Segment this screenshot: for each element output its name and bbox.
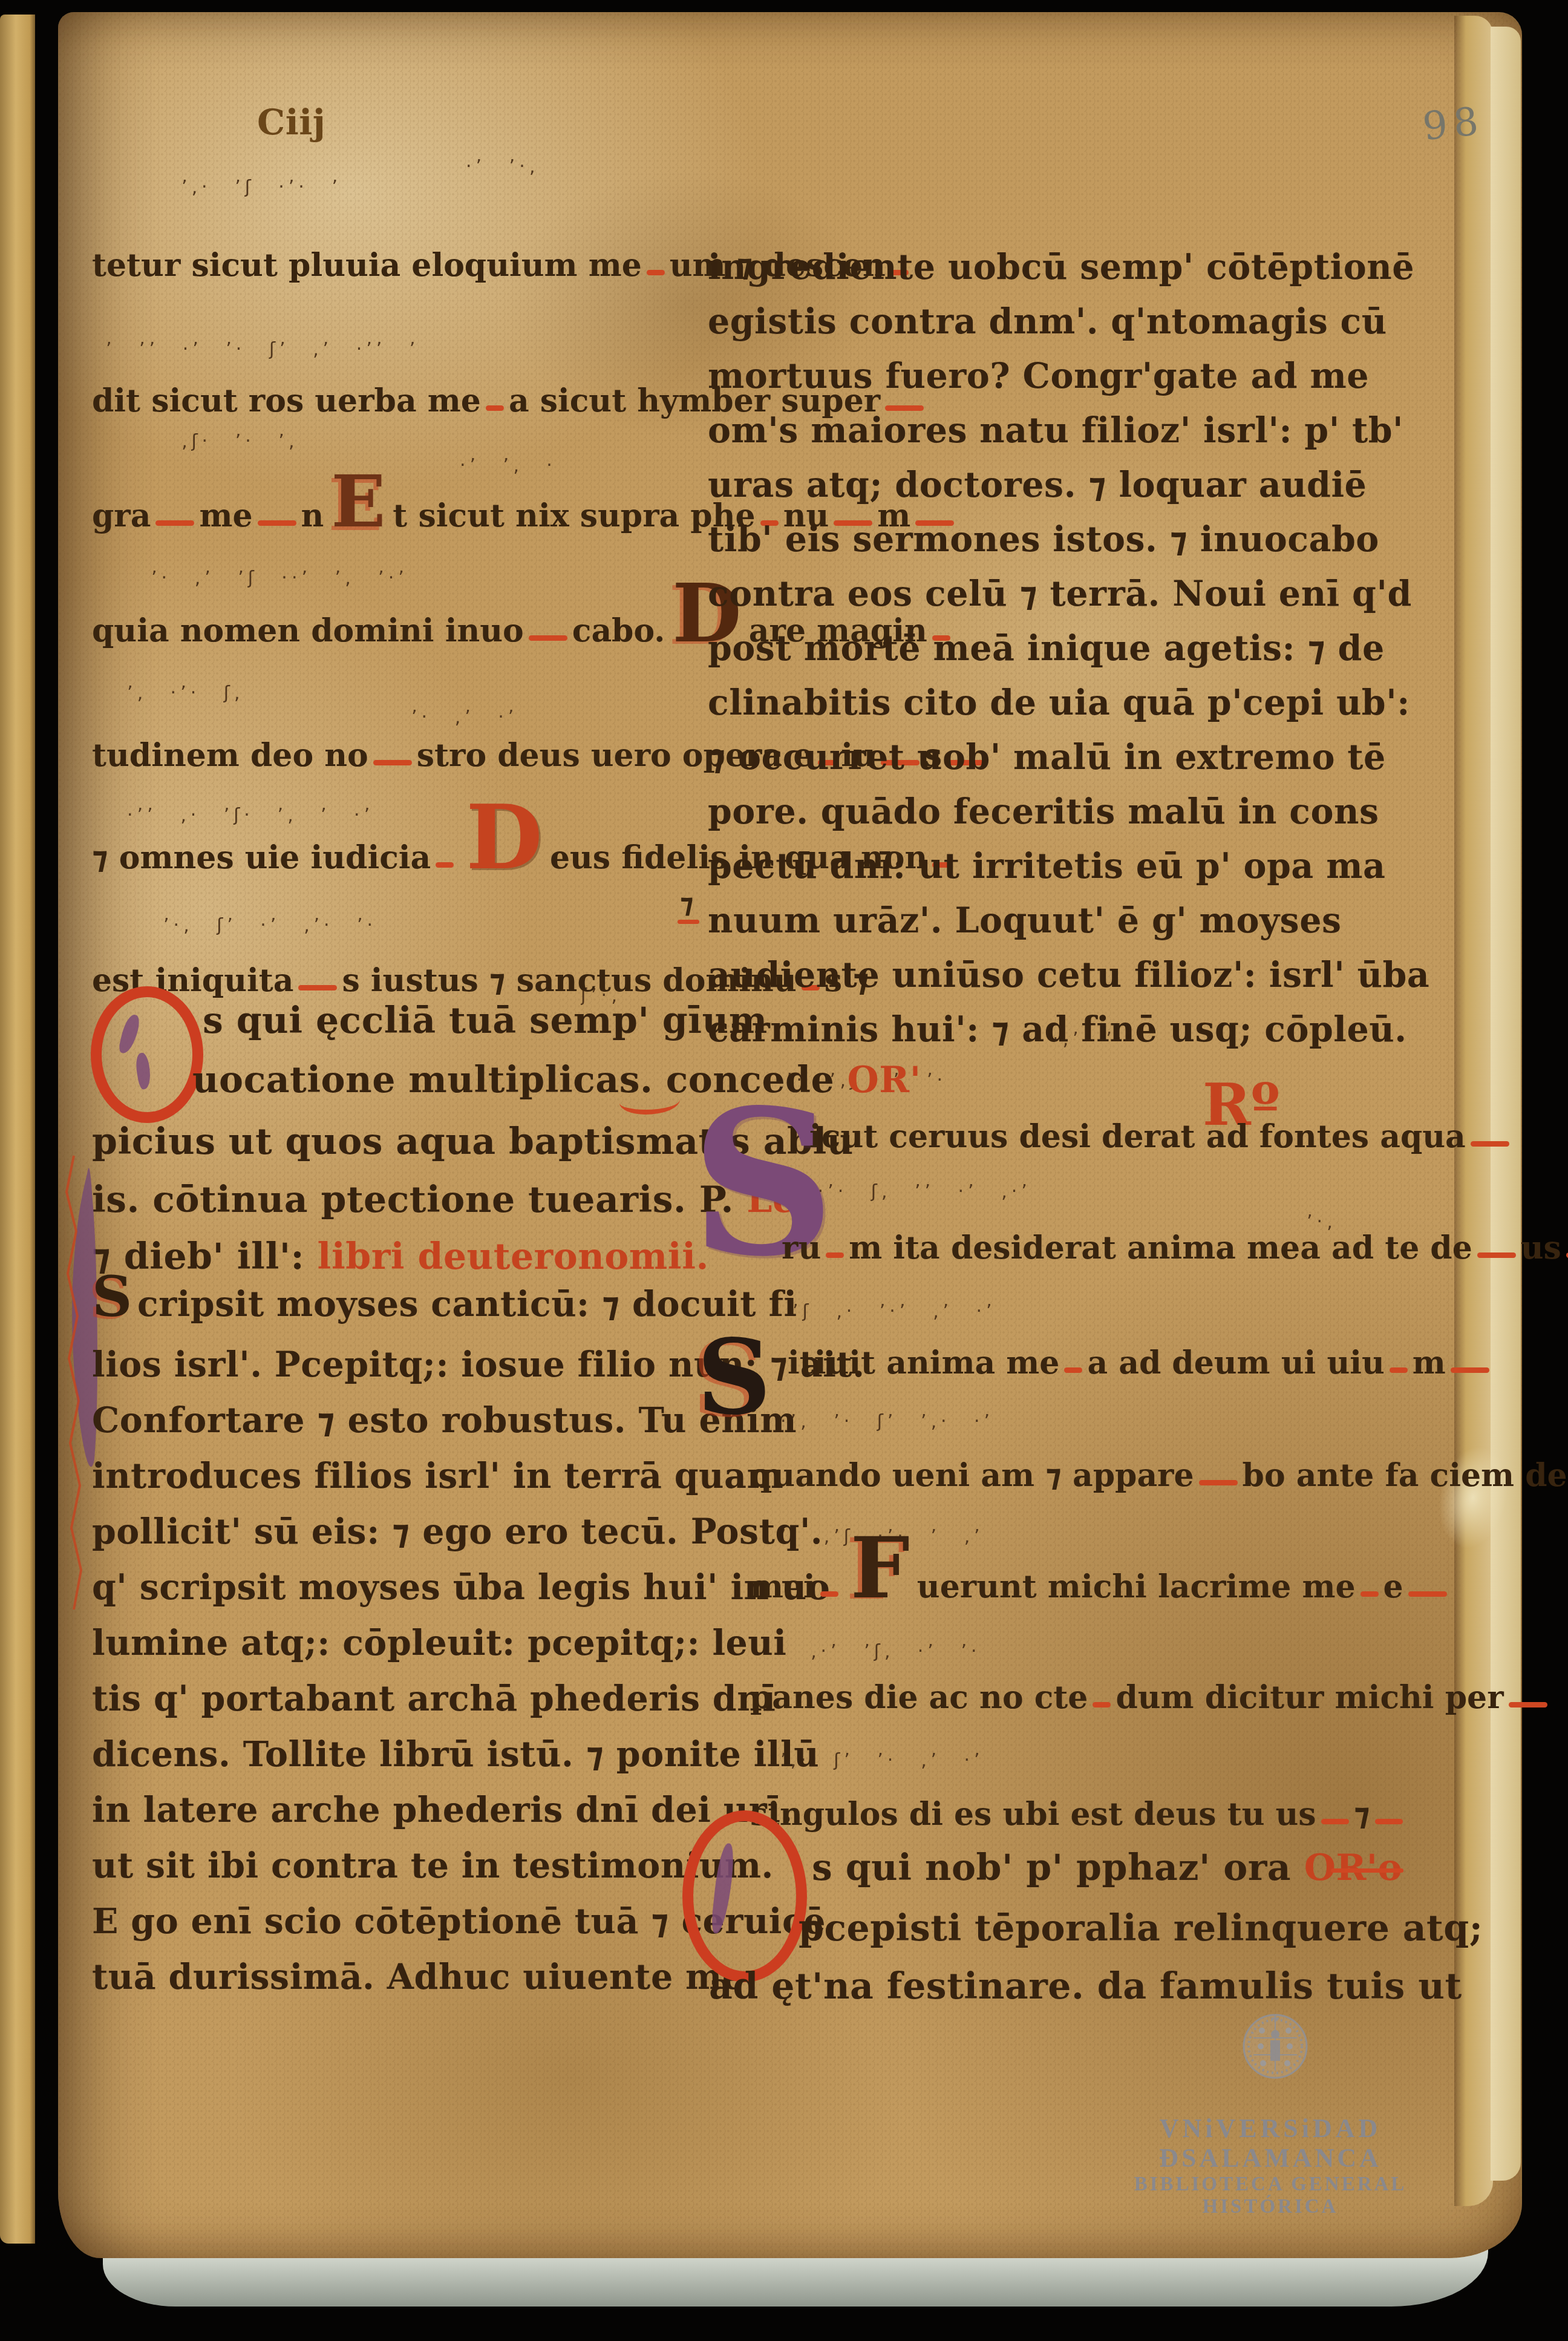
body-text-line: contra eos celū ⁊ terrā. Noui enī q'd bbox=[708, 574, 1412, 614]
rubric-line: ⁊ dieb' ill': libri deuteronomii. bbox=[92, 1236, 709, 1278]
rubric-mark: OR'o bbox=[1304, 1847, 1403, 1889]
lesson-line: ut sit ibi contra te in testimonium. bbox=[92, 1845, 774, 1886]
purple-pen-stroke bbox=[710, 1842, 736, 1934]
neume-band: ‚·’ ’ʃ‚ ·’ ’· bbox=[811, 1641, 1385, 1662]
chant-line: itiuit anima me a ad deum ui uiu m bbox=[788, 1344, 1408, 1381]
body-text-line: pectū dnī: ut irritetis eū p' opa ma bbox=[708, 846, 1385, 886]
chant-text: e bbox=[1383, 1568, 1403, 1605]
lesson-line: lumine atq;: cōpleuit: pcepitq;: leui bbox=[92, 1623, 786, 1663]
body-text-line: uras atq; doctores. ⁊ loquar audiē bbox=[708, 465, 1367, 505]
neume-band: ·’ ’·‚ bbox=[466, 156, 635, 177]
purple-pen-stroke bbox=[134, 1052, 153, 1090]
margin-flourish bbox=[56, 1150, 110, 1628]
neume-band: ’‚· ʃ’ ’· ‚’ ·’ bbox=[780, 1750, 1397, 1771]
lesson-line: Confortare ⁊ esto robustus. Tu enim bbox=[92, 1400, 797, 1441]
initial-S-black: S bbox=[697, 1326, 771, 1429]
chant-line: gra me n E t sicut nix supra phe nu m bbox=[92, 497, 676, 534]
chant-text: m bbox=[1413, 1344, 1446, 1381]
chant-text: ru bbox=[782, 1229, 821, 1266]
book-title-rubric: libri deuteronomii. bbox=[318, 1236, 709, 1278]
lesson-line: tuā durissimā. Adhuc uiuente me bbox=[92, 1957, 745, 1997]
red-filler-line bbox=[258, 520, 296, 526]
prayer-line: ad ęt'na festinare. da famulis tuis ut bbox=[709, 1965, 1462, 2008]
chant-text: ⁊ bbox=[1354, 1796, 1370, 1833]
red-filler-line bbox=[1390, 1367, 1408, 1373]
neume-band: ’‚· ’ʃ ·’· ’ bbox=[181, 177, 436, 198]
lesson-line: pollicit' sū eis: ⁊ ego ero tecū. Postq'… bbox=[92, 1511, 823, 1552]
red-filler-line bbox=[647, 270, 665, 275]
lesson-line: in latere arche phederis dnī dei urī. bbox=[92, 1790, 793, 1830]
margin-correction-mark: ⁊ bbox=[680, 888, 694, 919]
red-filler-line bbox=[155, 520, 194, 526]
university-seal-icon bbox=[1241, 2012, 1309, 2080]
chant-text: panes die ac no cte bbox=[750, 1679, 1088, 1716]
rubric-mark: OR' bbox=[848, 1059, 921, 1101]
red-filler-line bbox=[1361, 1591, 1379, 1597]
neume-band: ’‚ ·’· ʃ‚ bbox=[127, 683, 369, 704]
chant-text: cabo. bbox=[572, 612, 665, 649]
red-filler-line bbox=[1408, 1591, 1447, 1597]
red-margin-dash bbox=[678, 920, 699, 924]
neume-band: ’ʃ ‚· ’·’ ‚’ ·’ bbox=[792, 1301, 1361, 1322]
chant-text: m ita desiderat anima mea ad te de bbox=[849, 1229, 1472, 1266]
stamp-library-name: BIBLIOTECA GENERAL HISTÓRICA bbox=[1101, 2173, 1440, 2218]
chant-text: tudinem deo no bbox=[92, 737, 368, 774]
purple-pen-stroke bbox=[117, 1013, 141, 1055]
chant-text: singulos di es ubi est deus tu us bbox=[750, 1796, 1316, 1833]
manuscript-photo: Ciij 98 ’‚· ’ʃ ·’· ’ ·’ ’·‚ ’ ’’ ·’ ’· ʃ… bbox=[0, 0, 1568, 2341]
neume-band: ‚’ ·’· ʃ‚ ’’ ·’ ‚·’ bbox=[774, 1181, 1391, 1202]
prayer-line: s qui ęccliā tuā semp' gīum bbox=[203, 1000, 768, 1042]
chant-text: dum dicitur michi per bbox=[1116, 1679, 1503, 1716]
lesson-line: dicens. Tollite librū istū. ⁊ ponite ill… bbox=[92, 1734, 819, 1775]
chant-text: n bbox=[301, 497, 324, 534]
initial-S: S bbox=[92, 1264, 132, 1329]
quire-mark: Ciij bbox=[257, 102, 325, 143]
neume-band: ’·‚ ʃ’ ·’ ‚’· ’· bbox=[163, 915, 641, 936]
chant-text: tetur sicut pluuia eloquium me bbox=[92, 247, 642, 284]
chant-line: singulos di es ubi est deus tu us ⁊ bbox=[750, 1796, 1408, 1833]
chant-text: ⁊ omnes uie iudicia bbox=[92, 839, 431, 876]
chant-line: panes die ac no cte dum dicitur michi pe… bbox=[750, 1679, 1408, 1716]
prayer-text: is. cōtinua ptectione tuearis. P. bbox=[92, 1179, 734, 1221]
body-text-line: ingrediente uobcū semp' cōtēptionē bbox=[708, 247, 1414, 287]
red-filler-line bbox=[373, 760, 412, 765]
chant-line: dit sicut ros uerba me a sicut hymber su… bbox=[92, 382, 676, 419]
red-filler-line bbox=[1331, 1868, 1403, 1873]
red-filler-line bbox=[1509, 1702, 1547, 1707]
red-filler-line bbox=[820, 1591, 838, 1597]
chant-text: quando ueni am ⁊ appare bbox=[750, 1457, 1194, 1494]
body-text-line: ⁊ occurret uob' malū in extremo tē bbox=[708, 737, 1386, 778]
neume-band: ’· ‚’ ’ʃ ··’ ’‚ ’·’ bbox=[151, 568, 653, 589]
lesson-line: tis q' portabant archā phederis dnī bbox=[92, 1678, 776, 1719]
chant-line: ru m ita desiderat anima mea ad te de us bbox=[782, 1229, 1408, 1266]
body-text-line: post mortē meā inique agetis: ⁊ de bbox=[708, 628, 1385, 669]
red-filler-line bbox=[1199, 1480, 1238, 1485]
stamp-university-name: VNiVERSiDAD bbox=[1131, 2113, 1410, 2144]
stamp-city-name: ĐSALAMANCA bbox=[1131, 2143, 1410, 2173]
neume-band: ’· ‚’ ·’ bbox=[411, 707, 653, 728]
chant-line: quia nomen domini inuo cabo. D are magin bbox=[92, 612, 676, 649]
body-text-line: egistis contra dnm'. q'ntomagis cū bbox=[708, 301, 1387, 342]
chant-text: mei bbox=[750, 1568, 815, 1605]
red-filler-line bbox=[298, 985, 337, 990]
body-text-line: pore. quādo feceritis malū in cons bbox=[708, 791, 1379, 832]
chant-text: bo ante fa ciem dei bbox=[1243, 1457, 1568, 1494]
body-text-line: nuum urāz'. Loquut' ē g' moyses bbox=[708, 900, 1342, 941]
chant-text: a ad deum ui uiu bbox=[1087, 1344, 1384, 1381]
body-text-line: audiente uniūso cetu filioz': isrl' ūba bbox=[708, 955, 1429, 995]
chant-line: tudinem deo no stro deus uero opera e iu… bbox=[92, 737, 676, 774]
red-filler-line bbox=[1477, 1252, 1516, 1258]
red-filler-line bbox=[486, 405, 504, 411]
chant-text: gra bbox=[92, 497, 151, 534]
chant-text: quia nomen domini inuo bbox=[92, 612, 524, 649]
red-filler-line bbox=[529, 635, 567, 641]
prayer-text: s qui nob' p' pphaz' ora bbox=[812, 1847, 1291, 1889]
body-text-line: clinabitis cito de uia quā p'cepi ub': bbox=[708, 683, 1410, 723]
chant-text: us bbox=[1521, 1229, 1561, 1266]
red-filler-line bbox=[1375, 1819, 1403, 1824]
red-filler-line bbox=[1471, 1141, 1509, 1147]
chant-text: t sicut nix supra phe bbox=[393, 497, 755, 534]
initial-D-ring bbox=[91, 986, 203, 1123]
folio-number: 98 bbox=[1420, 99, 1486, 149]
chant-line: mei F uerunt michi lacrime me e bbox=[750, 1568, 1408, 1605]
chant-line: quando ueni am ⁊ appare bo ante fa ciem … bbox=[750, 1457, 1408, 1494]
red-filler-line bbox=[1321, 1819, 1349, 1824]
red-flourish-arc bbox=[619, 1088, 680, 1115]
initial-D-ring bbox=[682, 1810, 807, 1982]
chant-line: est iniquita s iustus ⁊ sanctus dominu s… bbox=[92, 962, 676, 999]
chant-text: me bbox=[199, 497, 252, 534]
neume-band: ·’’ ‚· ’ʃ· ’‚ ’ ·’ bbox=[127, 805, 647, 826]
red-filler-line bbox=[826, 1252, 844, 1258]
chant-line: icut ceruus desi derat ad fontes aqua bbox=[809, 1118, 1251, 1155]
prayer-line: s qui nob' p' pphaz' ora OR'o bbox=[812, 1847, 1402, 1889]
chant-line: tetur sicut pluuia eloquium me um ⁊ desc… bbox=[92, 247, 676, 284]
red-filler-line bbox=[1064, 1367, 1082, 1373]
red-filler-line bbox=[436, 862, 454, 868]
body-text-line: om's maiores natu filioz' isrl': p' tb' bbox=[708, 410, 1403, 451]
chant-text: dit sicut ros uerba me bbox=[92, 382, 481, 419]
red-filler-line bbox=[1451, 1367, 1489, 1373]
body-text-line: mortuus fuero? Congr'gate ad me bbox=[708, 356, 1369, 396]
prayer-line: pcepisti tēporalia relinquere atq; bbox=[799, 1907, 1483, 1950]
body-text-line: carminis hui': ⁊ ad finē usq; cōpleū. bbox=[708, 1009, 1407, 1050]
neume-band: ·’ ’‚ · bbox=[460, 455, 641, 476]
chant-line: ⁊ omnes uie iudicia D eus fidelis in qua… bbox=[92, 838, 676, 876]
neume-band: ‚ʃ· ’· ’‚ bbox=[181, 431, 436, 452]
lesson-line: q' scripsit moyses ūba legis hui' in uo bbox=[92, 1567, 830, 1608]
lesson-line: introduces filios isrl' in terrā quam bbox=[92, 1456, 783, 1496]
chant-text: itiuit anima me bbox=[788, 1344, 1059, 1381]
chant-text: uerunt michi lacrime me bbox=[917, 1568, 1356, 1605]
neume-band: ·’‚ ’· ʃ’ ’‚· ·’ bbox=[780, 1411, 1391, 1432]
neume-band: ’ ’’ ·’ ’· ʃ’ ‚’ ·’’ ’ bbox=[106, 339, 644, 360]
chant-text: icut ceruus desi derat ad fontes aqua bbox=[809, 1118, 1466, 1155]
red-filler-line bbox=[1093, 1702, 1111, 1707]
body-text-line: tib' eis sermones istos. ⁊ inuocabo bbox=[708, 519, 1379, 560]
